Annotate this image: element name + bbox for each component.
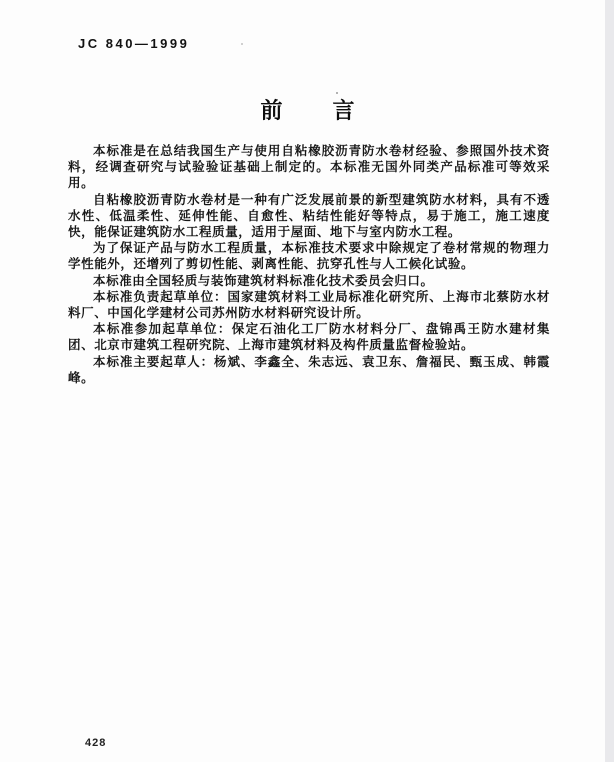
- paragraph: 为了保证产品与防水工程质量，本标准技术要求中除规定了卷材常规的物理力学性能外，还…: [68, 240, 550, 272]
- scan-speck: [241, 43, 243, 45]
- paragraph: 本标准是在总结我国生产与使用自粘橡胶沥青防水卷材经验、参照国外技术资料，经调查研…: [68, 143, 550, 192]
- foreword-body: 本标准是在总结我国生产与使用自粘橡胶沥青防水卷材经验、参照国外技术资料，经调查研…: [68, 143, 550, 386]
- paragraph: 本标准主要起草人：杨斌、李鑫全、朱志远、袁卫东、詹福民、甄玉成、韩霞峰。: [68, 354, 550, 386]
- scan-speck: [336, 92, 338, 94]
- paragraph: 本标准负责起草单位：国家建筑材料工业局标准化研究所、上海市北蔡防水材料厂、中国化…: [68, 289, 550, 321]
- page-number: 428: [85, 737, 106, 749]
- paragraph: 本标准参加起草单位：保定石油化工厂防水材料分厂、盘锦禹王防水建材集团、北京市建筑…: [68, 321, 550, 353]
- scan-edge-shadow: [605, 0, 614, 762]
- standard-code-header: JC 840—1999: [78, 36, 189, 51]
- scanned-document-page: JC 840—1999 前 言 本标准是在总结我国生产与使用自粘橡胶沥青防水卷材…: [0, 0, 614, 762]
- page-title: 前 言: [68, 94, 549, 125]
- paragraph: 本标准由全国轻质与装饰建筑材料标准化技术委员会归口。: [68, 273, 550, 289]
- paragraph: 自粘橡胶沥青防水卷材是一种有广泛发展前景的新型建筑防水材料，具有不透水性、低温柔…: [68, 192, 550, 241]
